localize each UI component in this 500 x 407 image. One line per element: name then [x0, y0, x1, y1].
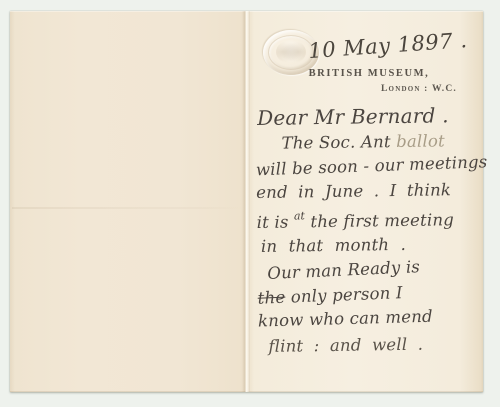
handwritten-text: Dear Mr Bernard . [257, 103, 449, 130]
letter-date: 10 May 1897 . [307, 28, 468, 63]
handwritten-line: end in June . I think [256, 177, 480, 204]
handwritten-line: it is at the first meeting [256, 202, 480, 235]
horizontal-crease [12, 207, 244, 209]
handwritten-line: flint : and well . [258, 332, 482, 359]
handwritten-text: the first meeting [305, 210, 454, 231]
letterhead-institution: BRITISH MUSEUM, [247, 68, 483, 79]
faded-word: ballot [396, 131, 445, 151]
handwritten-text: in that month . [261, 235, 406, 256]
letter-scan: 10 May 1897 . BRITISH MUSEUM, London : W… [0, 0, 500, 407]
folded-letter-paper: 10 May 1897 . BRITISH MUSEUM, London : W… [10, 11, 483, 392]
handwritten-text: Our man Ready is [267, 258, 420, 284]
handwritten-text: know who can mend [258, 307, 433, 331]
letterhead: BRITISH MUSEUM, London : W.C. [247, 68, 483, 94]
handwritten-text: will be soon - our meetings [256, 153, 488, 180]
letter-body: Dear Mr Bernard .The Soc. Ant ballotwill… [255, 102, 483, 360]
handwritten-text: The Soc. Ant [281, 132, 396, 153]
blank-left-page [10, 11, 247, 392]
letterhead-city: London : W.C. [247, 84, 483, 94]
handwritten-line: know who can mend [258, 303, 483, 334]
inserted-word: at [294, 209, 305, 222]
handwritten-text: flint : and well . [268, 335, 423, 356]
letter-first-page: 10 May 1897 . BRITISH MUSEUM, London : W… [247, 11, 483, 392]
handwritten-text: it is [257, 212, 295, 232]
handwritten-line: Dear Mr Bernard . [255, 102, 479, 131]
fold-crease [242, 11, 250, 392]
handwritten-text: only person I [285, 283, 403, 306]
struck-word: the [257, 287, 285, 307]
handwritten-text: end in June . I think [256, 180, 451, 202]
